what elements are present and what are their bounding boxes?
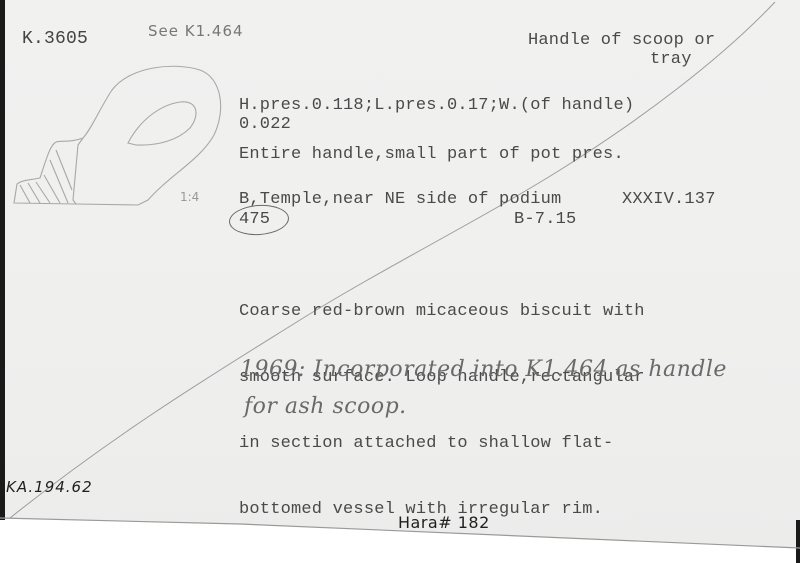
hara-number: Hara# 182	[398, 513, 490, 532]
dimensions-line2: 0.022	[239, 115, 291, 134]
inventory-number: 475	[239, 210, 270, 229]
card-left-edge-shadow	[0, 0, 5, 520]
ka-number: KA.194.62	[6, 478, 93, 496]
cross-reference-note: See K1.464	[148, 22, 244, 40]
date-reference: B-7.15	[514, 210, 576, 229]
accession-number: K.3605	[22, 30, 88, 49]
drawing-scale: 1:4	[180, 190, 199, 204]
description-line: Coarse red-brown micaceous biscuit with	[239, 301, 645, 323]
object-title-line1: Handle of scoop or	[528, 31, 715, 50]
dimensions-line1: H.pres.0.118;L.pres.0.17;W.(of handle)	[239, 96, 634, 115]
findspot: B,Temple,near NE side of podium	[239, 190, 561, 209]
object-title-line2: tray	[650, 50, 692, 69]
description-line: in section attached to shallow flat-	[239, 433, 645, 455]
preservation-note: Entire handle,small part of pot pres.	[239, 145, 624, 164]
handwritten-note-line1: 1969: Incorporated into K1.464 as handle	[240, 357, 727, 382]
card-right-edge-shadow	[796, 520, 800, 563]
handwritten-note-line2: for ash scoop.	[244, 394, 407, 419]
grid-reference: XXXIV.137	[622, 190, 716, 209]
document-scan: K.3605 See K1.464 Handle of scoop or tra…	[0, 0, 800, 563]
